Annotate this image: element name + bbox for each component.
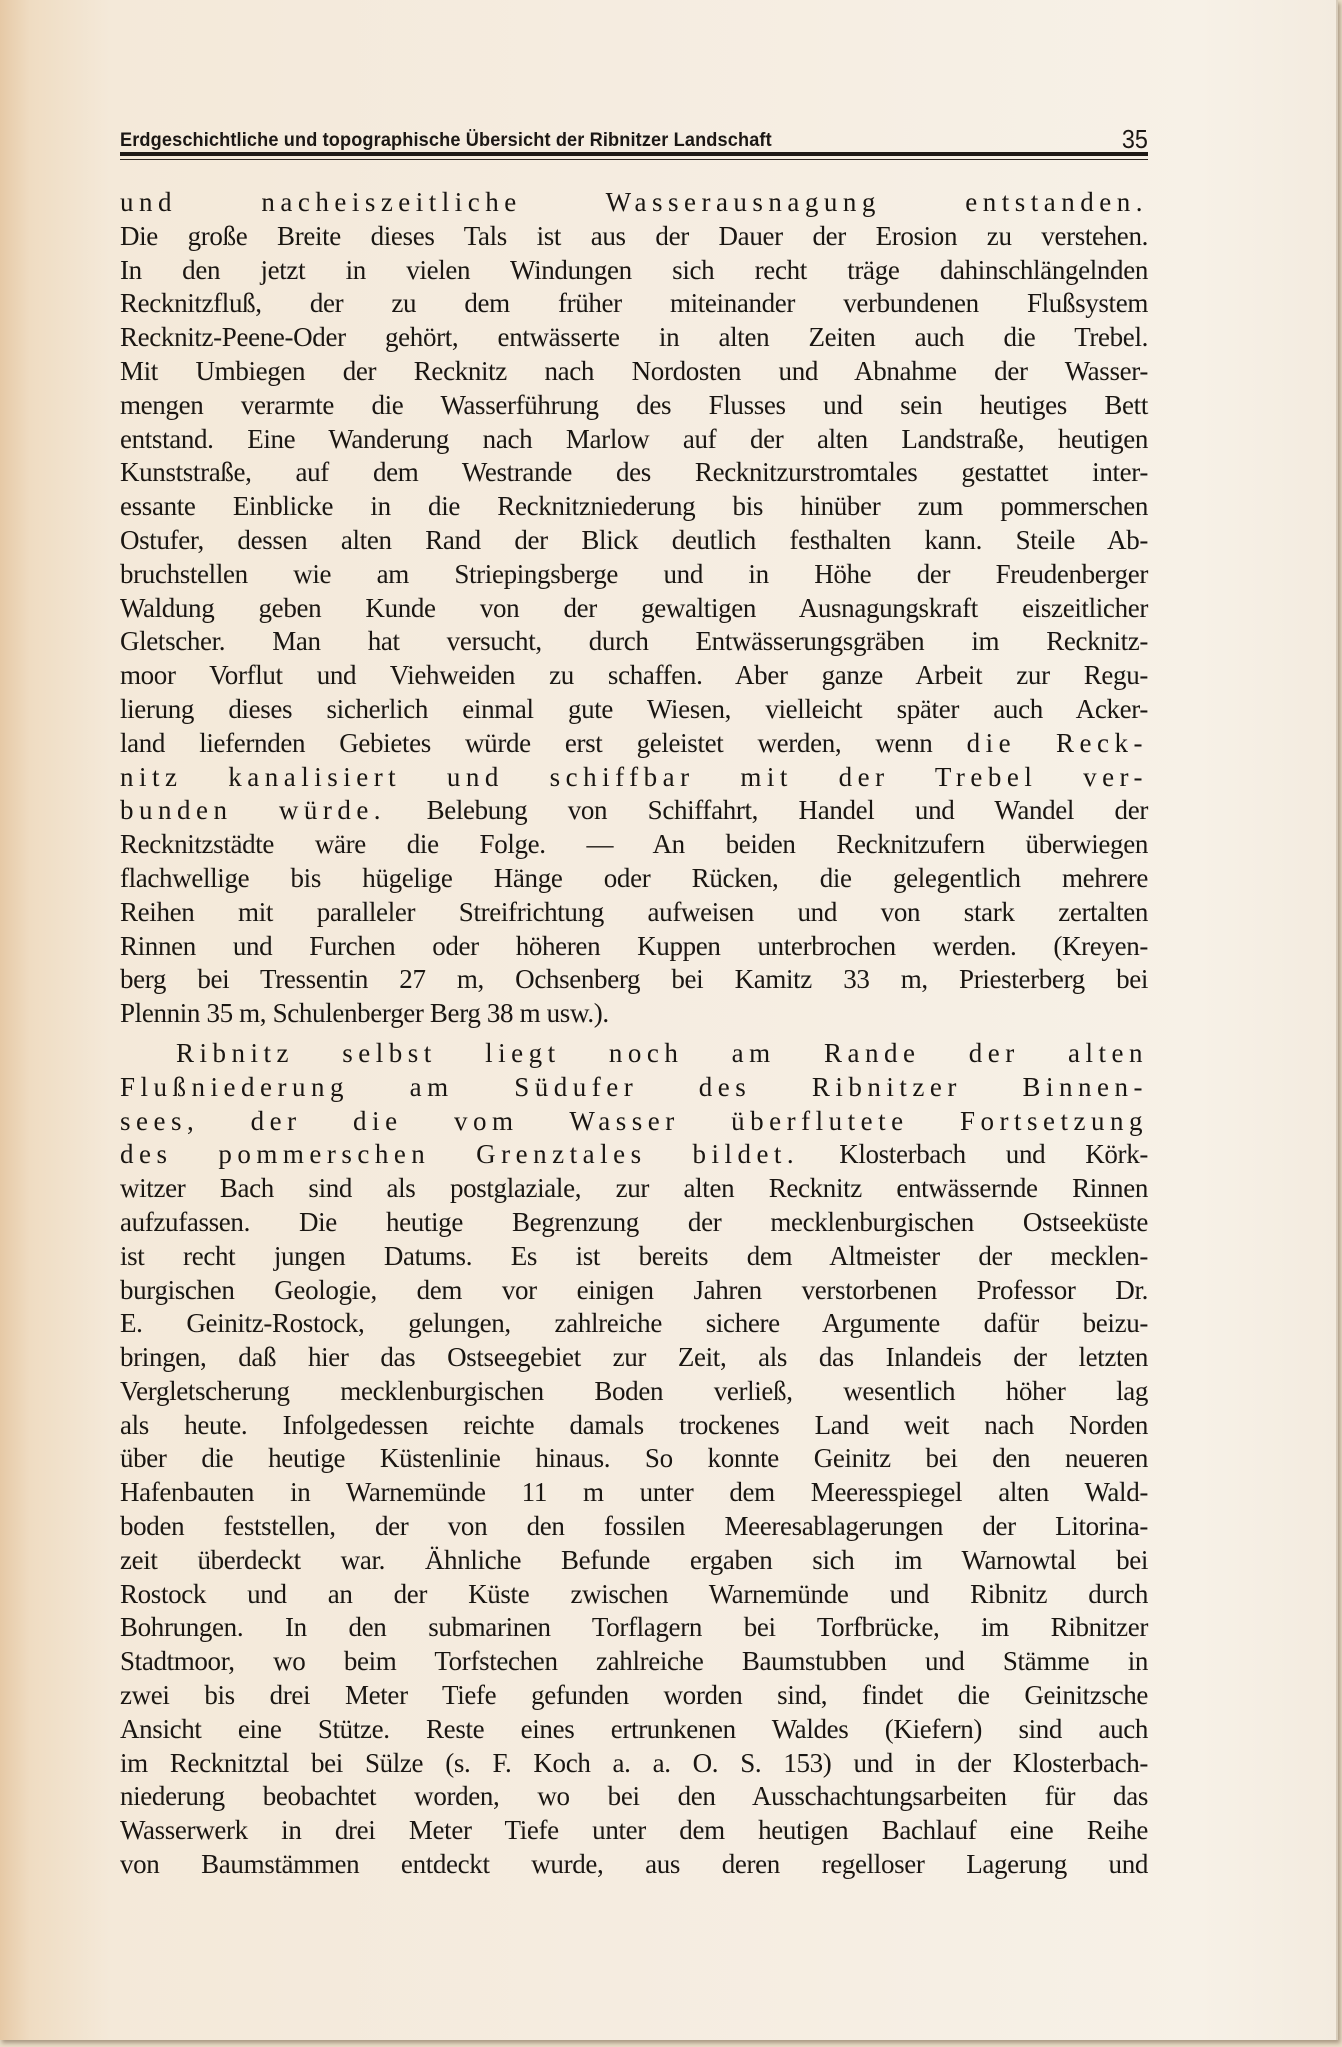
text-line: im Recknitztal bei Sülze (s. F. Koch a. … xyxy=(120,1747,1148,1781)
text-line: Mit Umbiegen der Recknitz nach Nordosten… xyxy=(120,355,1148,389)
text-line: zwei bis drei Meter Tiefe gefunden worde… xyxy=(120,1679,1148,1713)
running-header: Erdgeschichtliche und topographische Übe… xyxy=(120,118,1148,152)
header-rule-thin xyxy=(120,159,1148,160)
book-page: Erdgeschichtliche und topographische Übe… xyxy=(0,0,1338,2040)
spaced-emphasis: des pommerschen Grenztales bildet. xyxy=(120,1139,799,1169)
text-line: flachwellige bis hügelige Hänge oder Rüc… xyxy=(120,862,1148,896)
text-line: Ansicht eine Stütze. Reste eines ertrunk… xyxy=(120,1713,1148,1747)
text-line: essante Einblicke in die Recknitzniederu… xyxy=(120,490,1148,524)
text-line: Recknitzstädte wäre die Folge. — An beid… xyxy=(120,828,1148,862)
text-line: lierung dieses sicherlich einmal gute Wi… xyxy=(120,693,1148,727)
text-line: Gletscher. Man hat versucht, durch Entwä… xyxy=(120,625,1148,659)
text-line: Rinnen und Furchen oder höheren Kuppen u… xyxy=(120,930,1148,964)
text-line: Ostufer, dessen alten Rand der Blick deu… xyxy=(120,524,1148,558)
text-line: burgischen Geologie, dem vor einigen Jah… xyxy=(120,1274,1148,1308)
text-line: bruchstellen wie am Striepingsberge und … xyxy=(120,558,1148,592)
text-line: Ribnitz selbst liegt noch am Rande der a… xyxy=(120,1037,1148,1071)
text-fragment: Belebung von Schiffahrt, Handel und Wand… xyxy=(427,795,1148,825)
running-title: Erdgeschichtliche und topographische Übe… xyxy=(120,129,772,152)
body-text: und nacheiszeitliche Wasserausnagung ent… xyxy=(120,186,1148,1882)
paragraph-2: Ribnitz selbst liegt noch am Rande der a… xyxy=(120,1037,1148,1882)
text-line: sees, der die vom Wasser überflutete For… xyxy=(120,1105,1148,1139)
text-line: Waldung geben Kunde von der gewaltigen A… xyxy=(120,592,1148,626)
spaced-emphasis: die Reck- xyxy=(967,728,1148,758)
text-line: über die heutige Küstenlinie hinaus. So … xyxy=(120,1442,1148,1476)
paragraph-1: und nacheiszeitliche Wasserausnagung ent… xyxy=(120,186,1148,1031)
text-fragment: land liefernden Gebietes würde erst gele… xyxy=(120,728,932,758)
text-line: Flußniederung am Südufer des Ribnitzer B… xyxy=(120,1071,1148,1105)
text-line: des pommerschen Grenztales bildet. Klost… xyxy=(120,1138,1148,1172)
text-line: moor Vorflut und Viehweiden zu schaffen.… xyxy=(120,659,1148,693)
text-line: zeit überdeckt war. Ähnliche Befunde erg… xyxy=(120,1544,1148,1578)
page-number: 35 xyxy=(1122,126,1148,152)
text-line: als heute. Infolgedessen reichte damals … xyxy=(120,1409,1148,1443)
text-line: und nacheiszeitliche Wasserausnagung ent… xyxy=(120,186,1148,220)
text-line: Recknitz-Peene-Oder gehört, entwässerte … xyxy=(120,321,1148,355)
text-line: Hafenbauten in Warnemünde 11 m unter dem… xyxy=(120,1476,1148,1510)
text-line: In den jetzt in vielen Windungen sich re… xyxy=(120,254,1148,288)
text-line: niederung beobachtet worden, wo bei den … xyxy=(120,1780,1148,1814)
text-line: boden feststellen, der von den fossilen … xyxy=(120,1510,1148,1544)
text-line: bringen, daß hier das Ostseegebiet zur Z… xyxy=(120,1341,1148,1375)
text-line: ist recht jungen Datums. Es ist bereits … xyxy=(120,1240,1148,1274)
text-line: Bohrungen. In den submarinen Torflagern … xyxy=(120,1611,1148,1645)
text-line: berg bei Tressentin 27 m, Ochsenberg bei… xyxy=(120,963,1148,997)
text-line: Rostock und an der Küste zwischen Warnem… xyxy=(120,1578,1148,1612)
text-line: Kunststraße, auf dem Westrande des Reckn… xyxy=(120,456,1148,490)
text-line: aufzufassen. Die heutige Begrenzung der … xyxy=(120,1206,1148,1240)
text-line: witzer Bach sind als postglaziale, zur a… xyxy=(120,1172,1148,1206)
text-fragment: Klosterbach und Körk- xyxy=(839,1139,1148,1169)
header-rule-thick xyxy=(120,152,1148,156)
text-line: Reihen mit paralleler Streifrichtung auf… xyxy=(120,896,1148,930)
text-line: mengen verarmte die Wasserführung des Fl… xyxy=(120,389,1148,423)
text-line: entstand. Eine Wanderung nach Marlow auf… xyxy=(120,423,1148,457)
spaced-emphasis: bunden würde. xyxy=(120,795,386,825)
text-line: bunden würde. Belebung von Schiffahrt, H… xyxy=(120,794,1148,828)
text-line: Plennin 35 m, Schulenberger Berg 38 m us… xyxy=(120,997,1148,1031)
text-line: land liefernden Gebietes würde erst gele… xyxy=(120,727,1148,761)
text-line: nitz kanalisiert und schiffbar mit der T… xyxy=(120,761,1148,795)
text-line: Die große Breite dieses Tals ist aus der… xyxy=(120,220,1148,254)
text-line: E. Geinitz-Rostock, gelungen, zahlreiche… xyxy=(120,1307,1148,1341)
text-line: Stadtmoor, wo beim Torfstechen zahlreich… xyxy=(120,1645,1148,1679)
text-line: Recknitzfluß, der zu dem früher miteinan… xyxy=(120,287,1148,321)
text-line: von Baumstämmen entdeckt wurde, aus dere… xyxy=(120,1848,1148,1882)
text-line: Vergletscherung mecklenburgischen Boden … xyxy=(120,1375,1148,1409)
text-line: Wasserwerk in drei Meter Tiefe unter dem… xyxy=(120,1814,1148,1848)
